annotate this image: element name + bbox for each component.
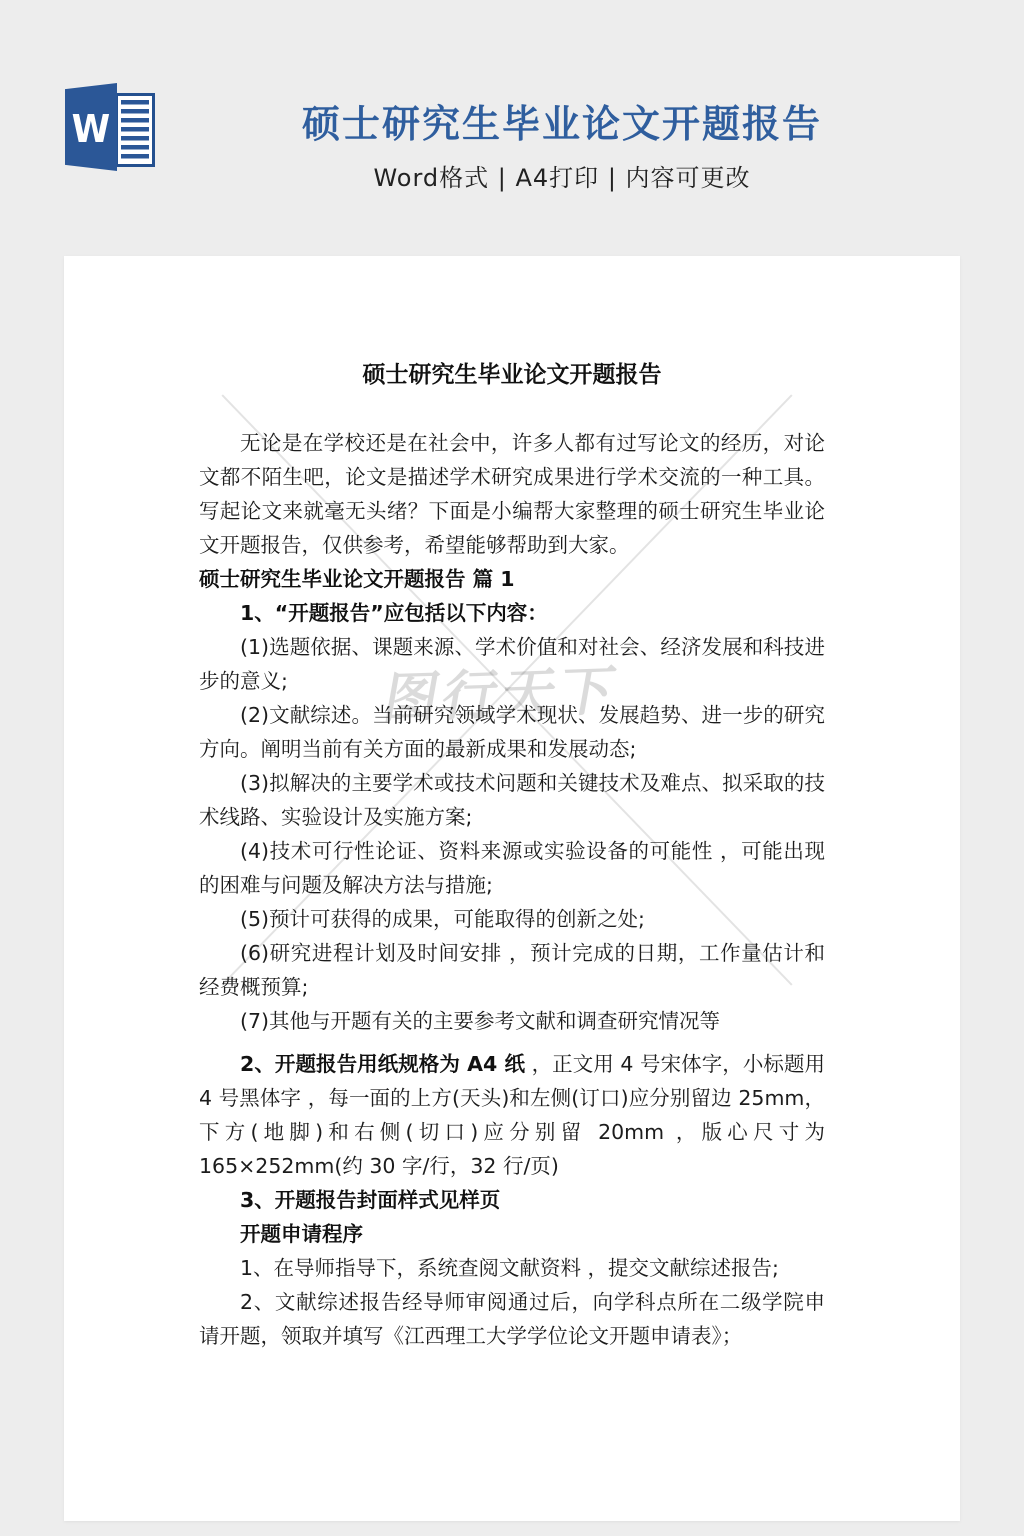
- text-run: (1)选题依据、课题来源、学术价值和对社会、经济发展和科技进步的意义;: [199, 635, 825, 693]
- page-subtitle: Word格式 | A4打印 | 内容可更改: [0, 158, 1024, 193]
- document-title: 硕士研究生毕业论文开题报告: [199, 360, 825, 390]
- bold-text-run: 1、“开题报告”应包括以下内容：: [240, 601, 548, 625]
- document-paragraph: (5)预计可获得的成果，可能取得的创新之处;: [199, 902, 825, 936]
- document-paragraph: 2、文献综述报告经导师审阅通过后，向学科点所在二级学院申请开题，领取并填写《江西…: [199, 1285, 825, 1353]
- document-paragraph: 2、开题报告用纸规格为 A4 纸 ，正文用 4 号宋体字，小标题用 4 号黑体字…: [199, 1047, 825, 1183]
- page-title: 硕士研究生毕业论文开题报告: [0, 93, 1024, 148]
- text-run: (6)研究进程计划及时间安排 ，预计完成的日期，工作量估计和经费概预算;: [199, 941, 825, 999]
- document-paragraph: (3)拟解决的主要学术或技术问题和关键技术及难点、拟采取的技术线路、实验设计及实…: [199, 766, 825, 834]
- document-body: 无论是在学校还是在社会中，许多人都有过写论文的经历，对论文都不陌生吧，论文是描述…: [199, 426, 825, 1353]
- document-heading: 1、“开题报告”应包括以下内容：: [199, 596, 825, 630]
- bold-text-run: 3、开题报告封面样式见样页: [240, 1188, 500, 1212]
- text-run: (4)技术可行性论证、资料来源或实验设备的可能性 ，可能出现的困难与问题及解决方…: [199, 839, 825, 897]
- text-run: (7)其他与开题有关的主要参考文献和调查研究情况等: [240, 1009, 720, 1033]
- document-content: 硕士研究生毕业论文开题报告 无论是在学校还是在社会中，许多人都有过写论文的经历，…: [199, 360, 825, 1353]
- document-paragraph: 1、在导师指导下，系统查阅文献资料 ，提交文献综述报告;: [199, 1251, 825, 1285]
- document-paragraph: (6)研究进程计划及时间安排 ，预计完成的日期，工作量估计和经费概预算;: [199, 936, 825, 1004]
- text-run: 2、文献综述报告经导师审阅通过后，向学科点所在二级学院申请开题，领取并填写《江西…: [199, 1290, 825, 1348]
- document-heading: 3、开题报告封面样式见样页: [199, 1183, 825, 1217]
- page-header: W 硕士研究生毕业论文开题报告 Word格式 | A4打印 | 内容可更改: [0, 0, 1024, 230]
- document-heading: 硕士研究生毕业论文开题报告 篇 1: [199, 562, 825, 596]
- text-run: 无论是在学校还是在社会中，许多人都有过写论文的经历，对论文都不陌生吧，论文是描述…: [199, 431, 825, 557]
- document-paragraph: (4)技术可行性论证、资料来源或实验设备的可能性 ，可能出现的困难与问题及解决方…: [199, 834, 825, 902]
- document-paragraph: (7)其他与开题有关的主要参考文献和调查研究情况等: [199, 1004, 825, 1038]
- bold-text-run: 开题申请程序: [240, 1222, 363, 1246]
- document-paragraph: (1)选题依据、课题来源、学术价值和对社会、经济发展和科技进步的意义;: [199, 630, 825, 698]
- text-run: (2)文献综述。当前研究领域学术现状、发展趋势、进一步的研究方向。阐明当前有关方…: [199, 703, 825, 761]
- document-paragraph: (2)文献综述。当前研究领域学术现状、发展趋势、进一步的研究方向。阐明当前有关方…: [199, 698, 825, 766]
- text-run: (3)拟解决的主要学术或技术问题和关键技术及难点、拟采取的技术线路、实验设计及实…: [199, 771, 825, 829]
- document-page: 图行天下 硕士研究生毕业论文开题报告 无论是在学校还是在社会中，许多人都有过写论…: [64, 256, 960, 1521]
- document-paragraph: 无论是在学校还是在社会中，许多人都有过写论文的经历，对论文都不陌生吧，论文是描述…: [199, 426, 825, 562]
- bold-text-run: 2、开题报告用纸规格为 A4 纸: [240, 1052, 525, 1076]
- text-run: 1、在导师指导下，系统查阅文献资料 ，提交文献综述报告;: [240, 1256, 779, 1280]
- bold-text-run: 硕士研究生毕业论文开题报告 篇 1: [199, 567, 515, 591]
- text-run: (5)预计可获得的成果，可能取得的创新之处;: [240, 907, 645, 931]
- document-heading: 开题申请程序: [199, 1217, 825, 1251]
